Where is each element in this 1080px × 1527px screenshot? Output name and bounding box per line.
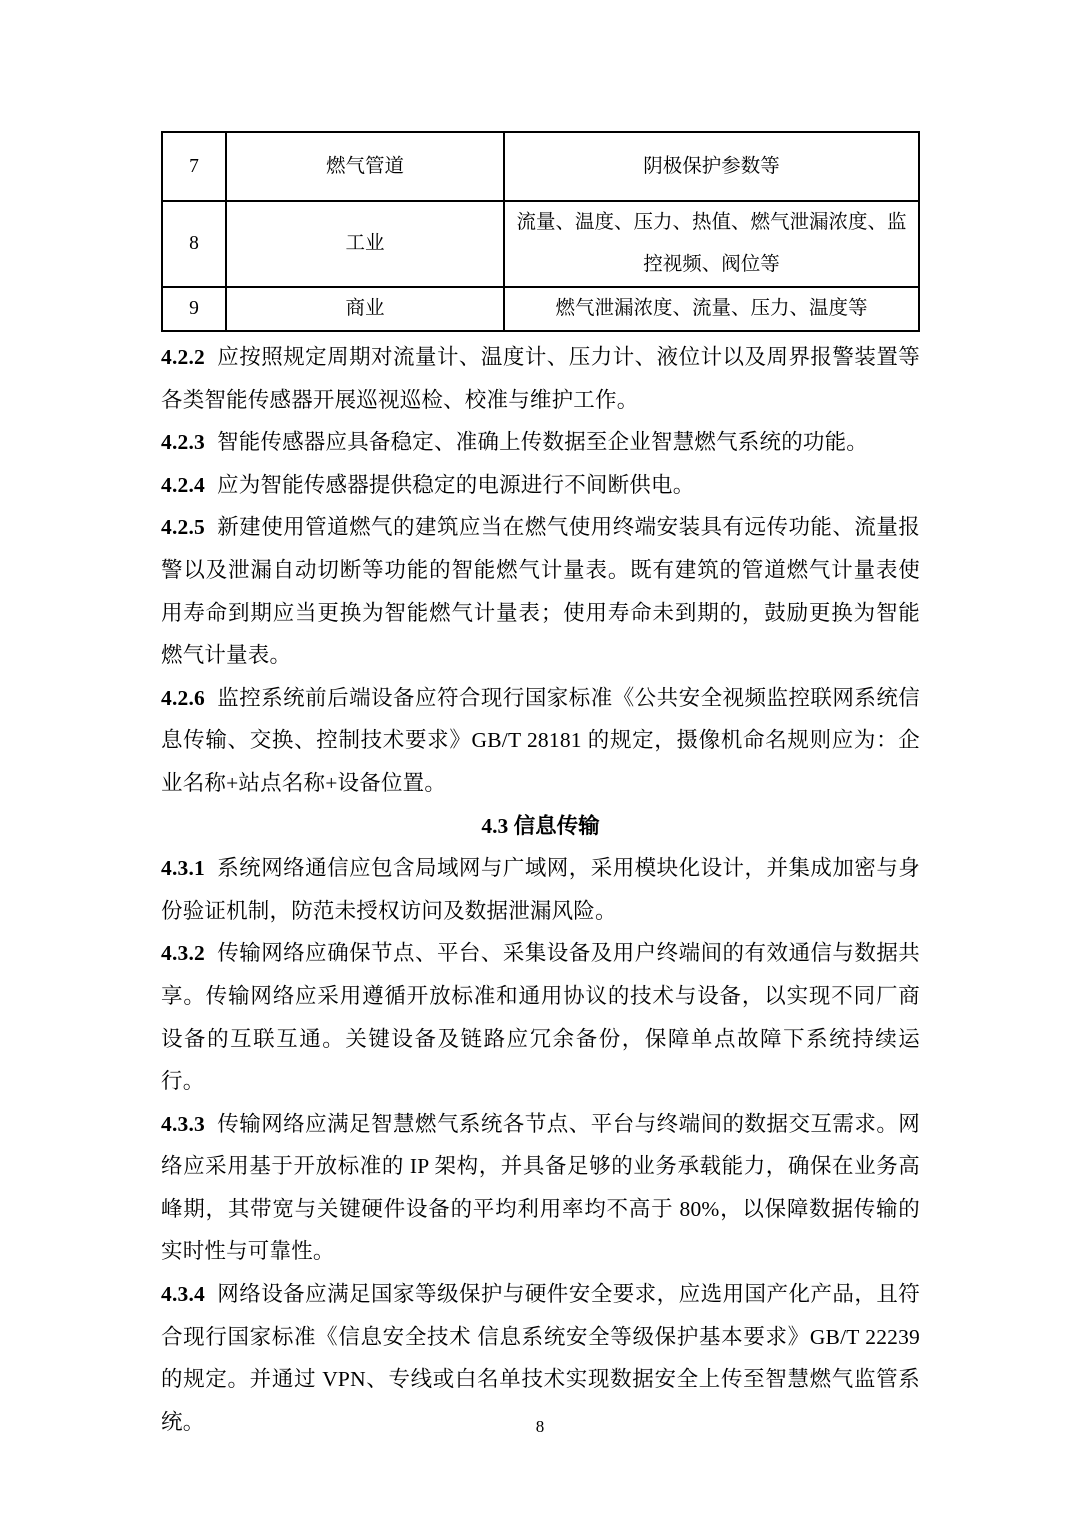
table-row: 8 工业 流量、温度、压力、热值、燃气泄漏浓度、监控视频、阀位等 [162,201,919,287]
section-heading-4-3: 4.3 信息传输 [161,805,920,848]
clause-text: 应为智能传感器提供稳定的电源进行不间断供电。 [217,473,694,497]
category-cell: 燃气管道 [226,132,504,201]
clause-number: 4.3.3 [161,1112,205,1136]
row-number-cell: 9 [162,287,226,331]
clause-4-3-2: 4.3.2传输网络应确保节点、平台、采集设备及用户终端间的有效通信与数据共享。传… [161,932,920,1102]
params-cell: 燃气泄漏浓度、流量、压力、温度等 [504,287,919,331]
clause-number: 4.3.1 [161,856,205,880]
row-number-cell: 7 [162,132,226,201]
page-number: 8 [0,1415,1080,1439]
params-cell: 流量、温度、压力、热值、燃气泄漏浓度、监控视频、阀位等 [504,201,919,287]
clause-4-2-6: 4.2.6监控系统前后端设备应符合现行国家标准《公共安全视频监控联网系统信息传输… [161,677,920,805]
row-number-cell: 8 [162,201,226,287]
table-row: 7 燃气管道 阴极保护参数等 [162,132,919,201]
clause-number: 4.3.2 [161,941,205,965]
clause-text: 系统网络通信应包含局域网与广域网，采用模块化设计，并集成加密与身份验证机制，防范… [161,856,920,923]
clause-text: 传输网络应确保节点、平台、采集设备及用户终端间的有效通信与数据共享。传输网络应采… [161,941,920,1093]
clause-number: 4.2.6 [161,686,205,710]
clause-text: 传输网络应满足智慧燃气系统各节点、平台与终端间的数据交互需求。网络应采用基于开放… [161,1112,920,1264]
clause-4-2-4: 4.2.4应为智能传感器提供稳定的电源进行不间断供电。 [161,464,920,507]
document-page: 7 燃气管道 阴极保护参数等 8 工业 流量、温度、压力、热值、燃气泄漏浓度、监… [0,0,1080,1527]
clause-text: 应按照规定周期对流量计、温度计、压力计、液位计以及周界报警装置等各类智能传感器开… [161,345,920,412]
clause-text: 智能传感器应具备稳定、准确上传数据至企业智慧燃气系统的功能。 [217,430,868,454]
clause-4-2-5: 4.2.5新建使用管道燃气的建筑应当在燃气使用终端安装具有远传功能、流量报警以及… [161,506,920,676]
clause-text: 新建使用管道燃气的建筑应当在燃气使用终端安装具有远传功能、流量报警以及泄漏自动切… [161,515,920,667]
clause-number: 4.2.5 [161,515,205,539]
clause-number: 4.2.4 [161,473,205,497]
clause-text: 网络设备应满足国家等级保护与硬件安全要求，应选用国产化产品，且符合现行国家标准《… [161,1282,920,1434]
category-cell: 商业 [226,287,504,331]
clause-number: 4.2.3 [161,430,205,454]
clause-number: 4.3.4 [161,1282,205,1306]
clause-number: 4.2.2 [161,345,205,369]
clause-text: 监控系统前后端设备应符合现行国家标准《公共安全视频监控联网系统信息传输、交换、控… [161,686,920,795]
table-row: 9 商业 燃气泄漏浓度、流量、压力、温度等 [162,287,919,331]
clause-4-2-3: 4.2.3智能传感器应具备稳定、准确上传数据至企业智慧燃气系统的功能。 [161,421,920,464]
clause-4-3-1: 4.3.1系统网络通信应包含局域网与广域网，采用模块化设计，并集成加密与身份验证… [161,847,920,932]
sensor-parameters-table: 7 燃气管道 阴极保护参数等 8 工业 流量、温度、压力、热值、燃气泄漏浓度、监… [161,131,920,332]
category-cell: 工业 [226,201,504,287]
clause-4-2-2: 4.2.2应按照规定周期对流量计、温度计、压力计、液位计以及周界报警装置等各类智… [161,336,920,421]
params-cell: 阴极保护参数等 [504,132,919,201]
clause-4-3-3: 4.3.3传输网络应满足智慧燃气系统各节点、平台与终端间的数据交互需求。网络应采… [161,1103,920,1273]
